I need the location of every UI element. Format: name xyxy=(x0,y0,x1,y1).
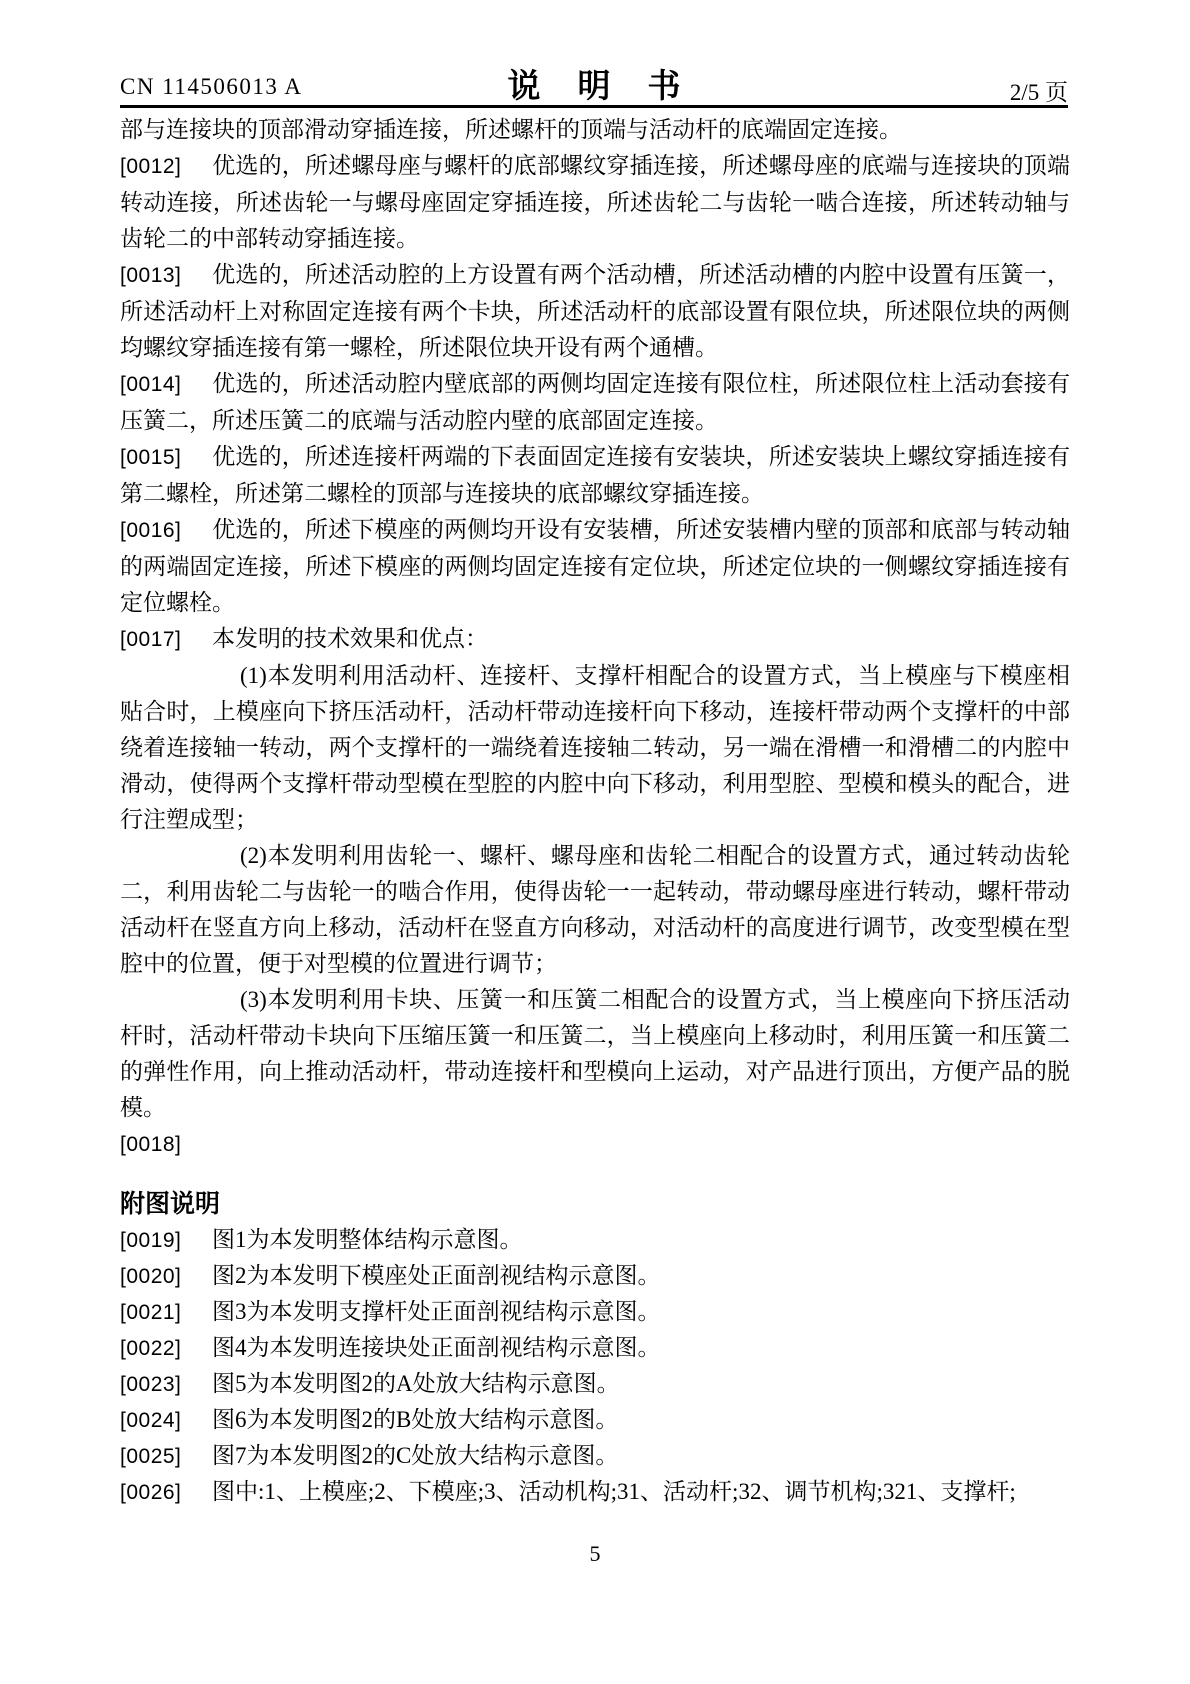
paragraph-0013: [0013]优选的，所述活动腔的上方设置有两个活动槽，所述活动槽的内腔中设置有压… xyxy=(120,257,1070,366)
paragraph-text: 优选的，所述活动腔的上方设置有两个活动槽，所述活动槽的内腔中设置有压簧一，所述活… xyxy=(120,262,1070,360)
paragraph-label: [0014] xyxy=(120,367,212,403)
paragraph-0023: [0023]图5为本发明图2的A处放大结构示意图。 xyxy=(120,1366,1070,1402)
figure-description-list: [0019]图1为本发明整体结构示意图。 [0020]图2为本发明下模座处正面剖… xyxy=(120,1222,1070,1510)
paragraph-0017: [0017]本发明的技术效果和优点： xyxy=(120,621,1070,658)
section-heading-figures: 附图说明 xyxy=(120,1184,220,1220)
paragraph-0019: [0019]图1为本发明整体结构示意图。 xyxy=(120,1222,1070,1258)
paragraph-text: 图4为本发明连接块处正面剖视结构示意图。 xyxy=(212,1335,661,1360)
paragraph-0012: [0012]优选的，所述螺母座与螺杆的底部螺纹穿插连接，所述螺母座的底端与连接块… xyxy=(120,148,1070,257)
paragraph-text: 图7为本发明图2的C处放大结构示意图。 xyxy=(212,1443,618,1468)
paragraph-label: [0024] xyxy=(120,1403,212,1438)
paragraph-label: [0025] xyxy=(120,1439,212,1474)
paragraph-label: [0012] xyxy=(120,149,212,185)
patent-page: CN 114506013 A 说 明 书 2/5 页 部与连接块的顶部滑动穿插连… xyxy=(0,0,1190,1684)
page-indicator: 2/5 页 xyxy=(1010,74,1068,107)
paragraph-text: 优选的，所述活动腔内壁底部的两侧均固定连接有限位柱，所述限位柱上活动套接有压簧二… xyxy=(120,371,1070,433)
paragraph-text: (1)本发明利用活动杆、连接杆、支撑杆相配合的设置方式，当上模座与下模座相贴合时… xyxy=(120,663,1070,832)
paragraph-advantage-2: (2)本发明利用齿轮一、螺杆、螺母座和齿轮二相配合的设置方式，通过转动齿轮二，利… xyxy=(120,838,1070,982)
paragraph-0020: [0020]图2为本发明下模座处正面剖视结构示意图。 xyxy=(120,1258,1070,1294)
paragraph-label: [0017] xyxy=(120,622,212,658)
paragraph-text: 图6为本发明图2的B处放大结构示意图。 xyxy=(212,1407,618,1432)
paragraph-advantage-3: (3)本发明利用卡块、压簧一和压簧二相配合的设置方式，当上模座向下挤压活动杆时，… xyxy=(120,982,1070,1126)
paragraph-text: 图5为本发明图2的A处放大结构示意图。 xyxy=(212,1371,620,1396)
paragraph-label: [0013] xyxy=(120,258,212,294)
paragraph-label: [0020] xyxy=(120,1259,212,1294)
paragraph-0021: [0021]图3为本发明支撑杆处正面剖视结构示意图。 xyxy=(120,1294,1070,1330)
paragraph-text: 图1为本发明整体结构示意图。 xyxy=(212,1227,523,1252)
paragraph-text: 优选的，所述连接杆两端的下表面固定连接有安装块，所述安装块上螺纹穿插连接有第二螺… xyxy=(120,444,1070,506)
paragraph-0014: [0014]优选的，所述活动腔内壁底部的两侧均固定连接有限位柱，所述限位柱上活动… xyxy=(120,366,1070,439)
paragraph-0015: [0015]优选的，所述连接杆两端的下表面固定连接有安装块，所述安装块上螺纹穿插… xyxy=(120,439,1070,512)
paragraph-advantage-1: (1)本发明利用活动杆、连接杆、支撑杆相配合的设置方式，当上模座与下模座相贴合时… xyxy=(120,658,1070,838)
paragraph-0026: [0026]图中:1、上模座;2、下模座;3、活动机构;31、活动杆;32、调节… xyxy=(120,1474,1070,1510)
paragraph-0024: [0024]图6为本发明图2的B处放大结构示意图。 xyxy=(120,1402,1070,1438)
paragraph-label: [0016] xyxy=(120,513,212,549)
header-rule xyxy=(120,105,1068,108)
paragraph-0025: [0025]图7为本发明图2的C处放大结构示意图。 xyxy=(120,1438,1070,1474)
paragraph-label: [0019] xyxy=(120,1223,212,1258)
paragraph-label: [0015] xyxy=(120,440,212,476)
paragraph-label: [0023] xyxy=(120,1367,212,1402)
paragraph-0016: [0016]优选的，所述下模座的两侧均开设有安装槽，所述安装槽内壁的顶部和底部与… xyxy=(120,512,1070,621)
paragraph-text: 本发明的技术效果和优点： xyxy=(212,626,488,651)
paragraph-label: [0018] xyxy=(120,1127,212,1163)
paragraph-label: [0022] xyxy=(120,1331,212,1366)
page-number: 5 xyxy=(590,1541,601,1566)
paragraph-continuation: 部与连接块的顶部滑动穿插连接，所述螺杆的顶端与活动杆的底端固定连接。 xyxy=(120,112,1070,148)
paragraph-text: (2)本发明利用齿轮一、螺杆、螺母座和齿轮二相配合的设置方式，通过转动齿轮二，利… xyxy=(120,843,1070,976)
paragraph-label: [0026] xyxy=(120,1475,212,1510)
paragraph-text: 部与连接块的顶部滑动穿插连接，所述螺杆的顶端与活动杆的底端固定连接。 xyxy=(120,117,902,142)
page-footer: 5 xyxy=(0,1541,1190,1567)
paragraph-text: 优选的，所述下模座的两侧均开设有安装槽，所述安装槽内壁的顶部和底部与转动轴的两端… xyxy=(120,517,1070,615)
paragraph-label: [0021] xyxy=(120,1295,212,1330)
specification-body: 部与连接块的顶部滑动穿插连接，所述螺杆的顶端与活动杆的底端固定连接。 [0012… xyxy=(120,112,1070,1163)
paragraph-text: 图中:1、上模座;2、下模座;3、活动机构;31、活动杆;32、调节机构;321… xyxy=(212,1479,1016,1504)
paragraph-text: 图3为本发明支撑杆处正面剖视结构示意图。 xyxy=(212,1299,661,1324)
paragraph-0018: [0018] xyxy=(120,1126,1070,1163)
paragraph-text: 图2为本发明下模座处正面剖视结构示意图。 xyxy=(212,1263,661,1288)
paragraph-text: 优选的，所述螺母座与螺杆的底部螺纹穿插连接，所述螺母座的底端与连接块的顶端转动连… xyxy=(120,153,1070,251)
paragraph-0022: [0022]图4为本发明连接块处正面剖视结构示意图。 xyxy=(120,1330,1070,1366)
paragraph-text: (3)本发明利用卡块、压簧一和压簧二相配合的设置方式，当上模座向下挤压活动杆时，… xyxy=(120,987,1070,1120)
